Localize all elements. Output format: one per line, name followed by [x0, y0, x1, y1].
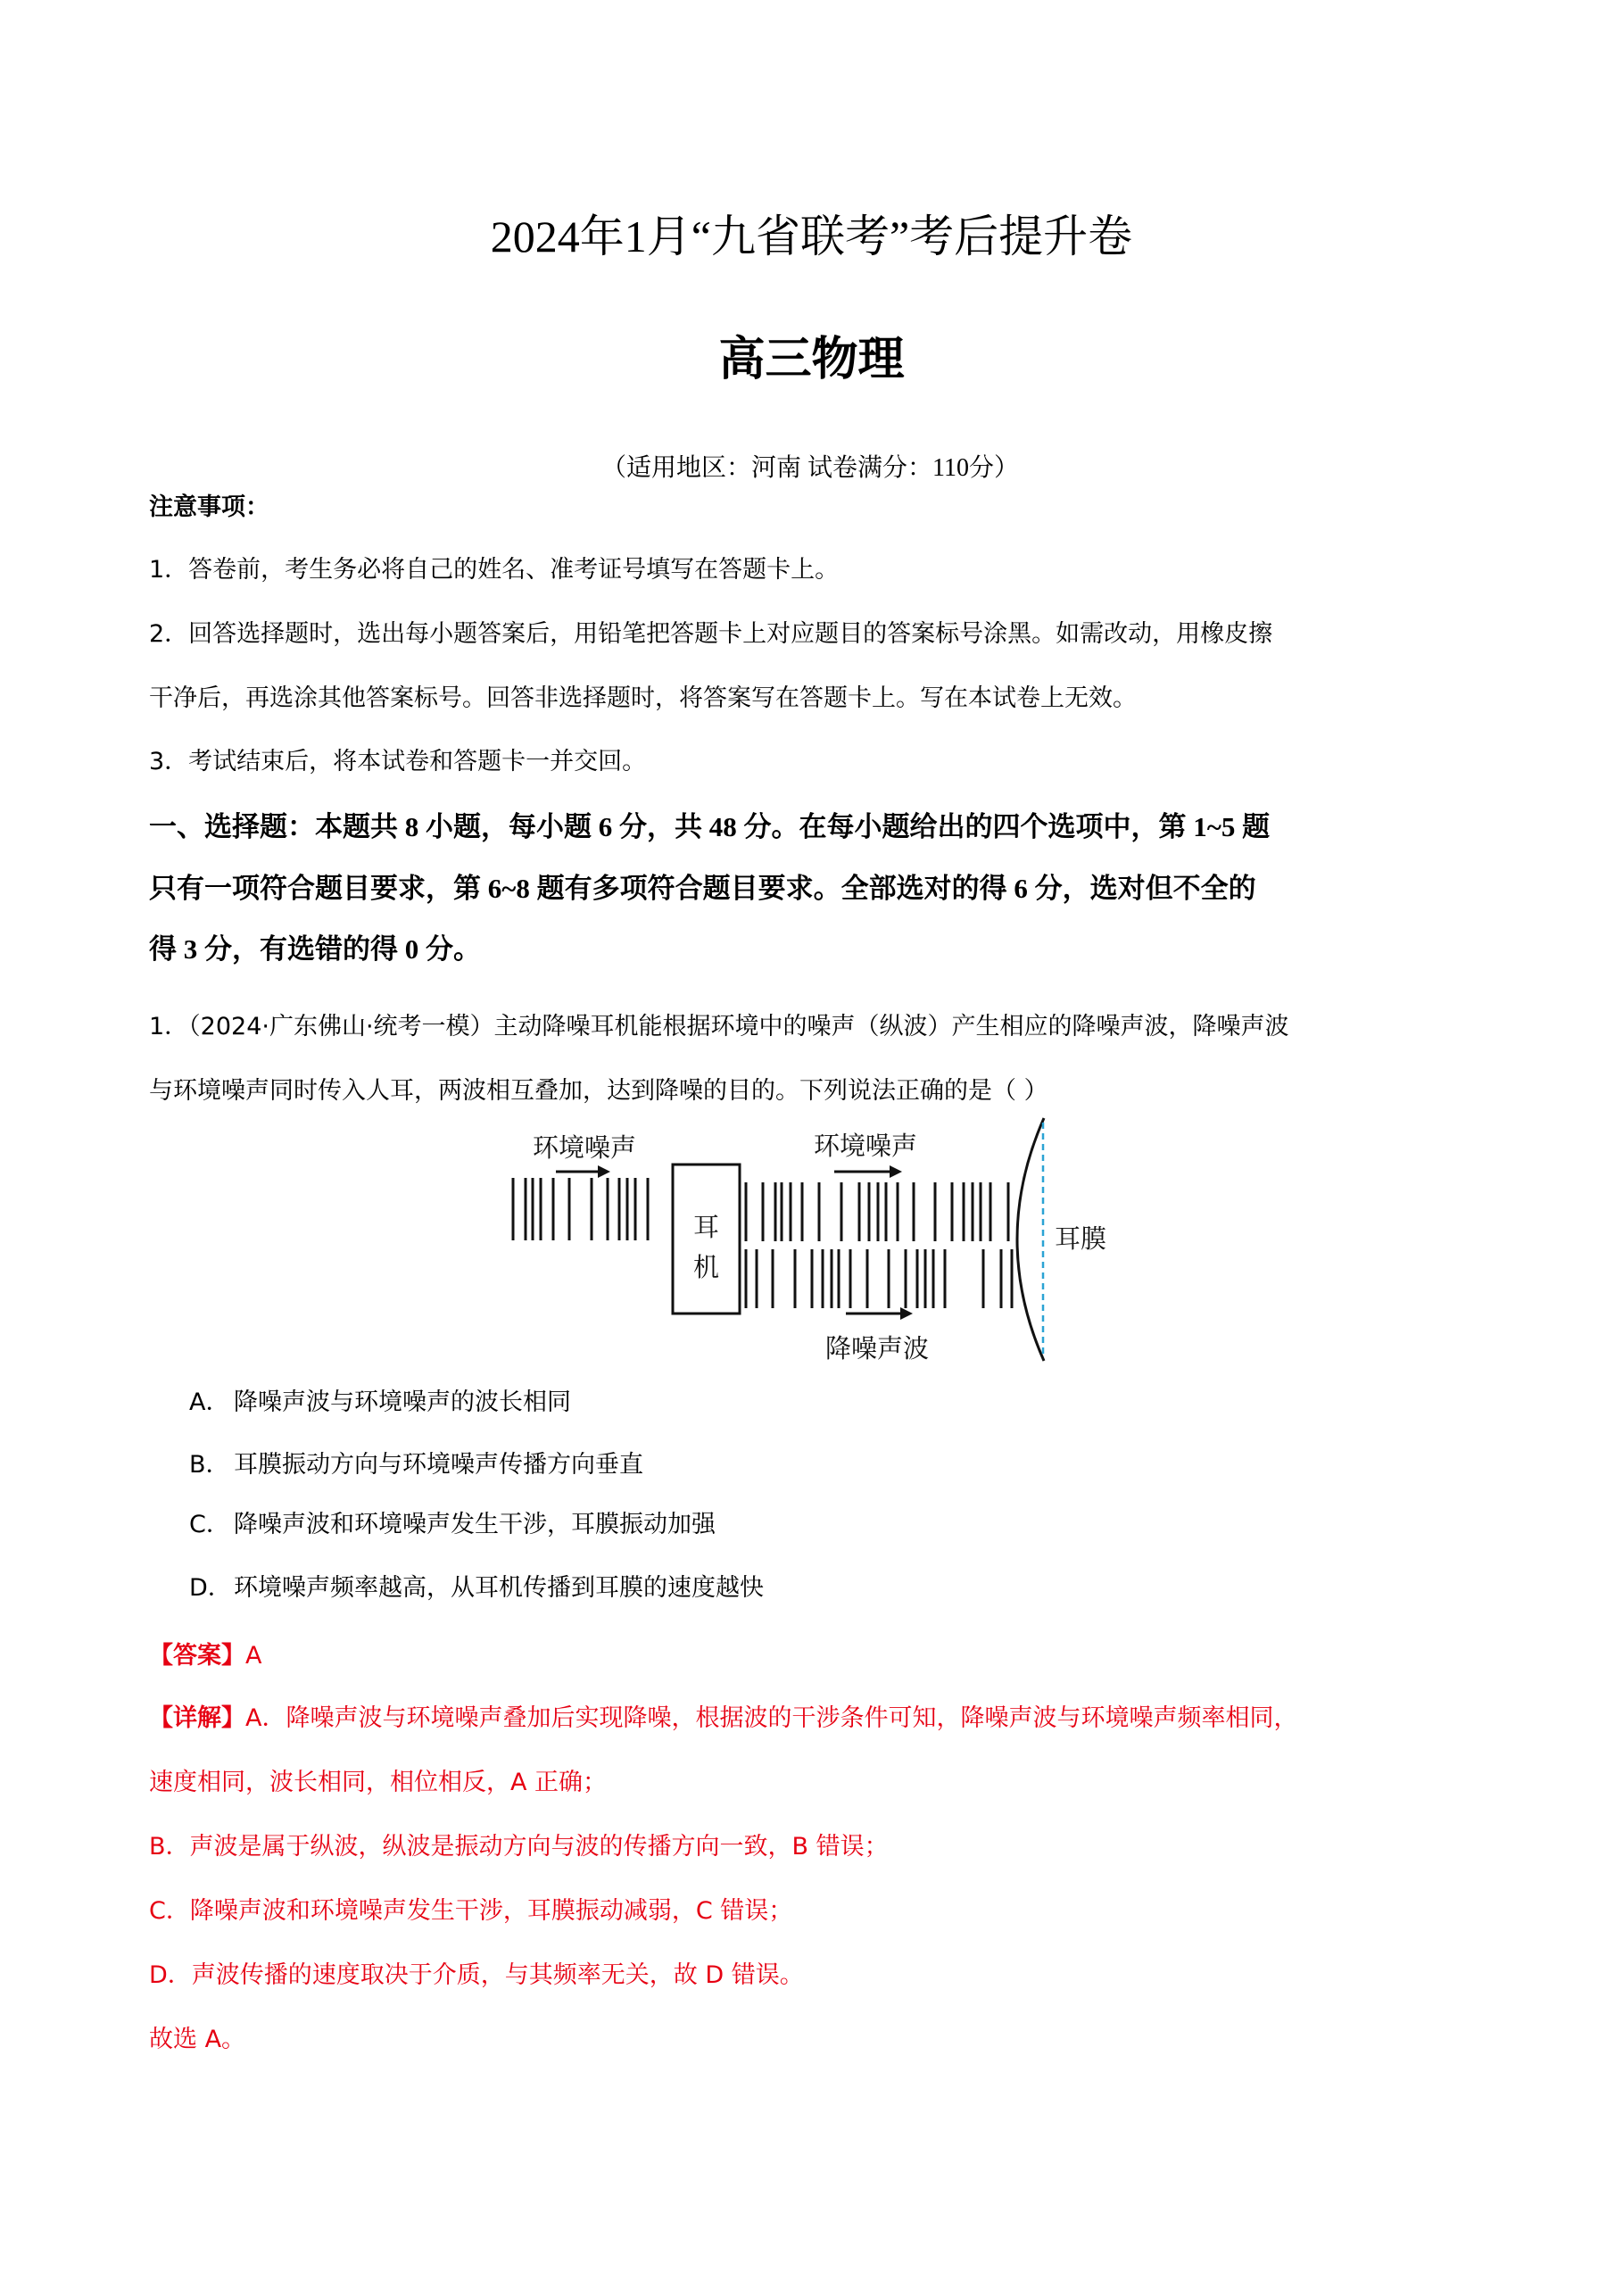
option-c-text: 降噪声波和环境噪声发生干涉，耳膜振动加强: [234, 1513, 716, 1537]
option-b-text: 耳膜振动方向与环境噪声传播方向垂直: [234, 1453, 643, 1477]
notice-title: 注意事项：: [149, 495, 269, 519]
earphone-label-1: 耳: [693, 1212, 719, 1242]
explanation-label: 【详解】: [149, 1704, 245, 1732]
anti-noise-label: 降噪声波: [825, 1333, 929, 1364]
paper-scope: （适用地区：河南 试卷满分：110分）: [0, 456, 1620, 481]
option-b[interactable]: B． 耳膜振动方向与环境噪声传播方向垂直: [0, 1453, 1623, 1480]
option-b-letter: B．: [189, 1453, 230, 1477]
explanation-line-b: B．声波是属于纵波，纵波是振动方向与波的传播方向一致，B 错误；: [149, 1835, 889, 1859]
section-heading-line-2: 只有一项符合题目要求，第 6~8 题有多项符合题目要求。全部选对的得 6 分，选…: [149, 874, 1256, 902]
arrow-right-icon: [834, 1165, 902, 1178]
explanation-line-1: 【详解】A．降噪声波与环境噪声叠加后实现降噪，根据波的干涉条件可知，降噪声波与环…: [149, 1706, 1297, 1730]
ambient-noise-label-right: 环境噪声: [814, 1131, 917, 1161]
option-a-letter: A．: [189, 1390, 229, 1414]
question-1-stem-line-1: 1．（2024·广东佛山·统考一模）主动降噪耳机能根据环境中的噪声（纵波）产生相…: [149, 1015, 1289, 1039]
explanation-text-a: A．降噪声波与环境噪声叠加后实现降噪，根据波的干涉条件可知，降噪声波与环境噪声频…: [245, 1704, 1297, 1732]
notice-item-2: 2．回答选择题时，选出每小题答案后，用铅笔把答题卡上对应题目的答案标号涂黑。如需…: [149, 622, 1272, 646]
option-d-text: 环境噪声频率越高，从耳机传播到耳膜的速度越快: [234, 1576, 764, 1600]
section-heading-line-1: 一、选择题：本题共 8 小题，每小题 6 分，共 48 分。在每小题给出的四个选…: [149, 813, 1270, 841]
paper-subject: 高三物理: [0, 336, 1623, 383]
earphone-label-2: 机: [693, 1252, 719, 1282]
ambient-noise-label-left: 环境噪声: [533, 1132, 636, 1163]
notice-item-1: 1．答卷前，考生务必将自己的姓名、准考证号填写在答题卡上。: [149, 558, 839, 582]
option-d-letter: D．: [189, 1576, 232, 1600]
option-c[interactable]: C． 降噪声波和环境噪声发生干涉，耳膜振动加强: [0, 1513, 1623, 1539]
eardrum-label: 耳膜: [1055, 1223, 1106, 1254]
noise-cancelling-diagram: 环境噪声 耳 机 环境噪声: [482, 1107, 1142, 1374]
explanation-line-c: C．降噪声波和环境噪声发生干涉，耳膜振动减弱，C 错误；: [149, 1899, 792, 1923]
anti-noise-wave-bars: [746, 1249, 1012, 1308]
notice-item-3: 3．考试结束后，将本试卷和答题卡一并交回。: [149, 750, 646, 774]
explanation-line-d: D．声波传播的速度取决于介质，与其频率无关，故 D 错误。: [149, 1963, 804, 1987]
eardrum-arc: [1017, 1118, 1044, 1361]
arrow-right-icon: [556, 1165, 610, 1178]
paper-title: 2024年1月“九省联考”考后提升卷: [0, 214, 1623, 259]
answer-label: 【答案】: [149, 1642, 245, 1670]
option-a-text: 降噪声波与环境噪声的波长相同: [234, 1390, 571, 1414]
option-c-letter: C．: [189, 1513, 230, 1537]
ambient-wave-bars-left: [513, 1178, 648, 1240]
section-heading-line-3: 得 3 分，有选错的得 0 分。: [149, 935, 481, 963]
arrow-right-icon: [846, 1307, 913, 1320]
explanation-line-2: 速度相同，波长相同，相位相反，A 正确；: [149, 1770, 607, 1795]
option-d[interactable]: D． 环境噪声频率越高，从耳机传播到耳膜的速度越快: [0, 1576, 1623, 1603]
option-a[interactable]: A． 降噪声波与环境噪声的波长相同: [0, 1390, 1623, 1417]
explanation-conclusion: 故选 A。: [149, 2027, 245, 2051]
answer-line: 【答案】A: [149, 1644, 261, 1668]
ambient-wave-bars-right: [746, 1182, 1008, 1241]
question-1-stem-line-2: 与环境噪声同时传入人耳，两波相互叠加，达到降噪的目的。下列说法正确的是（ ）: [149, 1079, 1048, 1103]
notice-item-2-cont: 干净后，再选涂其他答案标号。回答非选择题时，将答案写在答题卡上。写在本试卷上无效…: [149, 686, 1137, 710]
answer-value: A: [245, 1642, 261, 1670]
